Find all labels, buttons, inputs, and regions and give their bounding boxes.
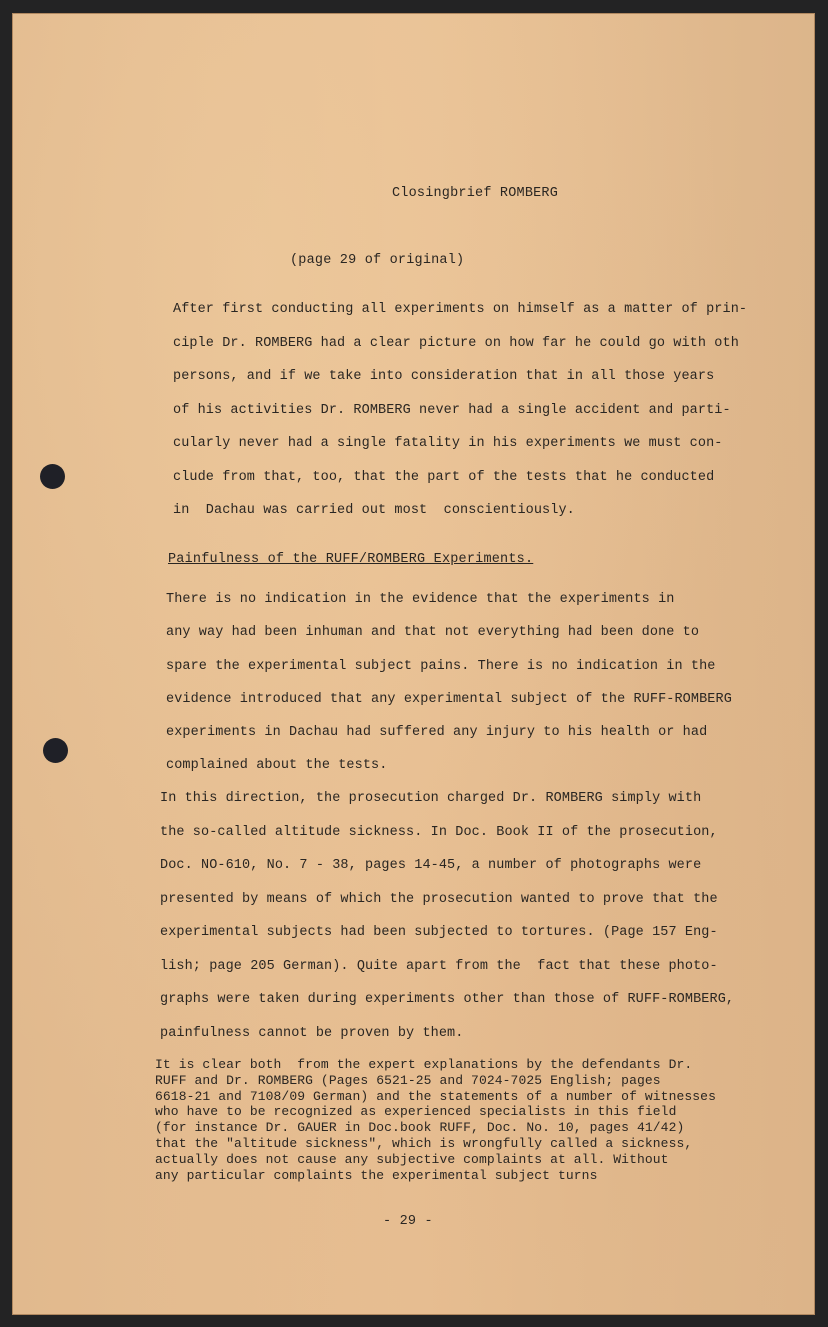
text-line: clude from that, too, that the part of t… — [173, 470, 747, 504]
text-line: experimental subjects had been subjected… — [160, 925, 734, 959]
text-line: experiments in Dachau had suffered any i… — [166, 725, 732, 758]
text-line: of his activities Dr. ROMBERG never had … — [173, 403, 747, 437]
text-line: any way had been inhuman and that not ev… — [166, 625, 732, 658]
punch-hole-bottom — [43, 738, 68, 763]
text-line: RUFF and Dr. ROMBERG (Pages 6521-25 and … — [155, 1073, 716, 1089]
text-line: who have to be recognized as experienced… — [155, 1104, 716, 1120]
text-line: In this direction, the prosecution charg… — [160, 791, 734, 825]
text-line: in Dachau was carried out most conscient… — [173, 503, 747, 537]
text-line: Doc. NO-610, No. 7 - 38, pages 14-45, a … — [160, 858, 734, 892]
paragraph-no-indication: There is no indication in the evidence t… — [166, 592, 732, 792]
text-line: the so-called altitude sickness. In Doc.… — [160, 825, 734, 859]
text-line: After first conducting all experiments o… — [173, 302, 747, 336]
section-heading: Painfulness of the RUFF/ROMBERG Experime… — [168, 552, 533, 567]
page-number: - 29 - — [383, 1214, 433, 1229]
paragraph-expert-explanations: It is clear both from the expert explana… — [155, 1057, 716, 1183]
text-line: There is no indication in the evidence t… — [166, 592, 732, 625]
text-line: actually does not cause any subjective c… — [155, 1152, 716, 1168]
text-line: spare the experimental subject pains. Th… — [166, 659, 732, 692]
text-line: complained about the tests. — [166, 758, 732, 791]
document-subtitle: (page 29 of original) — [290, 253, 464, 268]
text-line: that the "altitude sickness", which is w… — [155, 1136, 716, 1152]
text-line: any particular complaints the experiment… — [155, 1168, 716, 1184]
text-line: 6618-21 and 7108/09 German) and the stat… — [155, 1089, 716, 1105]
text-line: evidence introduced that any experimenta… — [166, 692, 732, 725]
text-line: (for instance Dr. GAUER in Doc.book RUFF… — [155, 1120, 716, 1136]
text-line: cularly never had a single fatality in h… — [173, 436, 747, 470]
punch-hole-top — [40, 464, 65, 489]
text-line: lish; page 205 German). Quite apart from… — [160, 959, 734, 993]
paragraph-intro: After first conducting all experiments o… — [173, 302, 747, 537]
paragraph-prosecution-charge: In this direction, the prosecution charg… — [160, 791, 734, 1059]
text-line: ciple Dr. ROMBERG had a clear picture on… — [173, 336, 747, 370]
text-line: persons, and if we take into considerati… — [173, 369, 747, 403]
text-line: graphs were taken during experiments oth… — [160, 992, 734, 1026]
text-line: painfulness cannot be proven by them. — [160, 1026, 734, 1060]
text-line: presented by means of which the prosecut… — [160, 892, 734, 926]
text-line: It is clear both from the expert explana… — [155, 1057, 716, 1073]
document-title: Closingbrief ROMBERG — [392, 186, 558, 201]
